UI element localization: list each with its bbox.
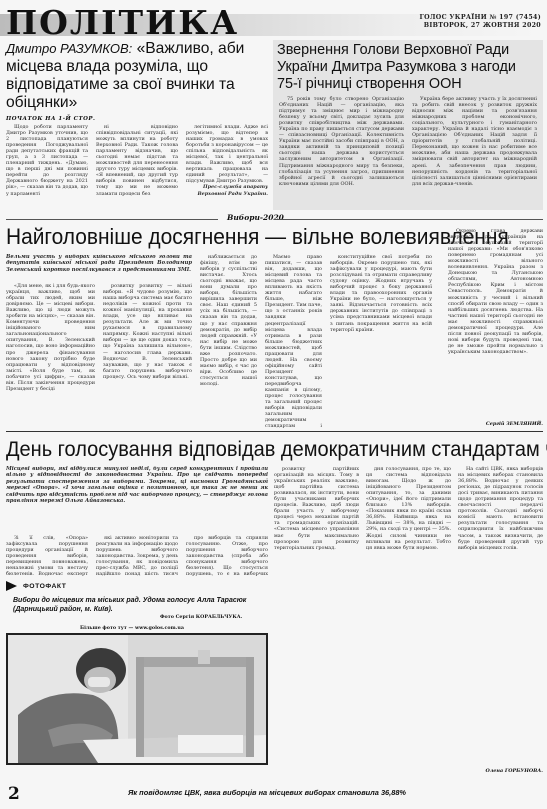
masthead-date: ВІВТОРОК, 27 ЖОВТНЯ 2020 xyxy=(420,22,542,30)
article1-body-mid: наближається до фінішу, втім ще виборів … xyxy=(200,254,440,428)
article1-col-4: Маємо право пишатися, — сказав він, дода… xyxy=(265,254,322,428)
article2-signature: Олена ГОРБУНОВА. xyxy=(460,768,543,774)
article1-col-5: конституційне свої потреби по виборців. … xyxy=(330,254,432,428)
triangle-marker-icon xyxy=(6,581,17,591)
more-photos-link[interactable]: Більше фото тут — www.golos.com.ua xyxy=(80,625,184,631)
article1-signature: Сергій ЗЕМЛЯНИЙ. xyxy=(448,421,543,427)
article1-col-6: Окремо глава держави звернувся до україн… xyxy=(448,228,543,420)
appeal-body: 75 років тому було створено Організацію … xyxy=(279,96,537,206)
newspaper-page: ПОЛІТИКА ГОЛОС УКРАЇНИ № 197 (7454) ВІВТ… xyxy=(0,0,547,809)
appeal-box: Звернення Голови Верховної Ради України … xyxy=(273,40,543,210)
article2-col-5: дня голосування, про те, що ця система в… xyxy=(366,466,451,766)
continued-from: ПОЧАТОК НА 1-Й СТОР. xyxy=(6,116,95,122)
section-label: Вибори-2020 xyxy=(227,213,284,222)
interview-col-2: ні відповідно співвідповідальні ситуації… xyxy=(96,124,178,214)
article1-col-2: розвитку розвитку — вільні вибори. «Я чу… xyxy=(103,283,192,428)
interview-col-1: Щодо роботи парламенту Дмитро Разумков у… xyxy=(6,124,88,214)
masthead: ГОЛОС УКРАЇНИ № 197 (7454) ВІВТОРОК, 27 … xyxy=(420,14,542,30)
photo-caption: Вибори до місцевих та міських рад. Удома… xyxy=(13,596,265,614)
footer-turnout-note: Як повідомляє ЦВК, явка виборців на місц… xyxy=(128,788,406,797)
page-number: 2 xyxy=(8,784,20,804)
voting-photo-illustration xyxy=(8,635,266,763)
article1-lead: Вельми участь у виборах київського міськ… xyxy=(6,254,192,273)
article2-col-2: які активно моніторили та реагували на і… xyxy=(96,535,178,577)
appeal-title: Звернення Голови Верховної Ради України … xyxy=(277,42,539,93)
article2-headline: День голосування відповідав демократични… xyxy=(6,437,547,462)
interview-body: Щодо роботи парламенту Дмитро Разумков у… xyxy=(6,124,268,214)
article2-lead: Місцеві вибори, які відбулися минулої не… xyxy=(6,466,268,504)
article2-col-3: про виборців та сприяли голосуванню. Отж… xyxy=(186,535,268,577)
article2-body-right: розвитку партійних організацій на місцях… xyxy=(274,466,543,766)
separator-line-right xyxy=(274,219,543,220)
article-divider xyxy=(6,431,543,432)
interview-signature: Прес-служба апарату Верховної Ради Украї… xyxy=(186,184,268,196)
article1-body-left: «Для мене, як і для будь-якого українця,… xyxy=(6,283,192,428)
photo-credit: Фото Сергія КОРАБЛЬЧУКА. xyxy=(160,614,242,620)
article2-col-6: На сайті ЦВК, явка виборців на місцевих … xyxy=(458,466,543,766)
appeal-col-2: Україна бере активну участь у їх досягне… xyxy=(412,96,537,206)
interview-col-3: легітимної влади. Адже всі розуміємо, що… xyxy=(186,124,268,214)
appeal-col-1: 75 років тому було створено Організацію … xyxy=(279,96,404,206)
section-separator: Вибори-2020 xyxy=(6,214,543,224)
article2-body-left: Зі її слів, «Опора» зафіксувала порушенн… xyxy=(6,535,268,577)
article1-col-3: наближається до фінішу, втім ще виборів … xyxy=(200,254,257,428)
section-rubric: ПОЛІТИКА xyxy=(6,6,239,40)
fotofakt-label: ФОТОФАКТ xyxy=(6,581,66,591)
interview-headline: Дмитро РАЗУМКОВ: «Важливо, аби місцева в… xyxy=(6,40,268,112)
interview-author: Дмитро РАЗУМКОВ: xyxy=(6,41,132,56)
article1-col-1: «Для мене, як і для будь-якого українця,… xyxy=(6,283,95,428)
separator-line-left xyxy=(6,219,218,220)
masthead-issue: ГОЛОС УКРАЇНИ № 197 (7454) xyxy=(420,14,542,22)
voting-photo xyxy=(6,633,268,765)
article2-col-1: Зі її слів, «Опора» зафіксувала порушенн… xyxy=(6,535,88,577)
article2-col-4: розвитку партійних організацій на місцях… xyxy=(274,466,359,766)
article1-headline: Найголовніше досягнення — вільне волевия… xyxy=(6,224,509,250)
